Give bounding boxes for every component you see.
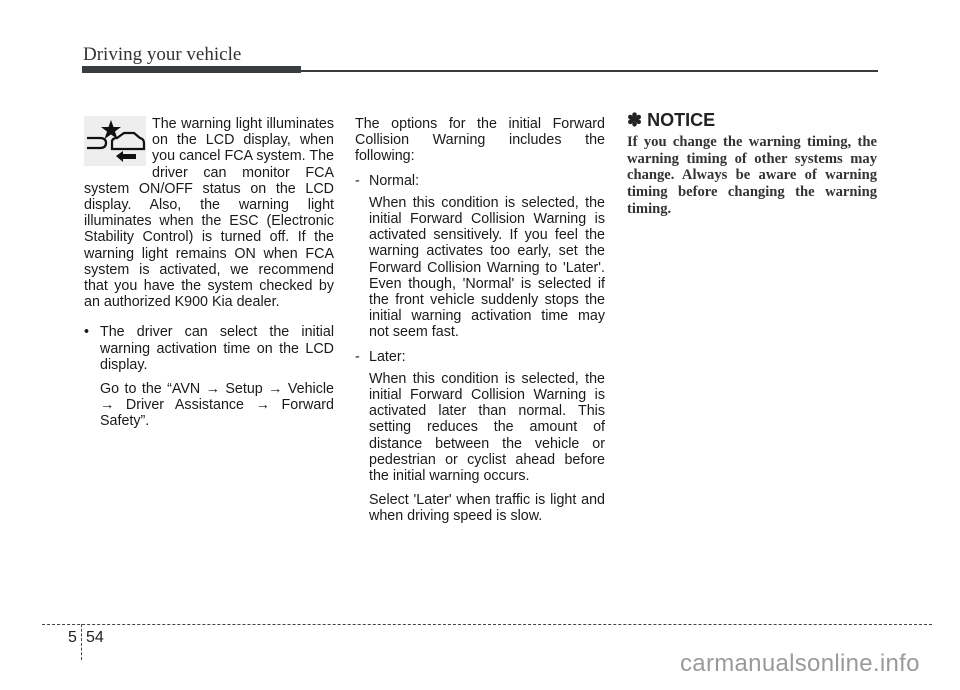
column-left: The warning light illuminates on the LCD… [84,116,334,430]
options-intro: The options for the initial Forward Coll… [355,116,605,165]
footer-divider [42,624,932,625]
header-rule-thick [82,66,301,73]
chapter-number: 5 [68,629,77,647]
option-normal-description: When this condition is selected, the ini… [355,195,605,341]
forward-collision-warning-icon [84,116,146,166]
watermark: carmanualsonline.info [680,650,920,678]
header-rule-thin [301,70,878,72]
bullet-item: • The driver can select the initial warn… [84,324,334,373]
column-middle: The options for the initial Forward Coll… [355,116,605,525]
option-later-description: When this condition is selected, the ini… [355,371,605,484]
bullet-text: The driver can select the initial warnin… [100,324,334,373]
option-normal-label: - Normal: [355,173,605,189]
section-title: Driving your vehicle [83,44,241,66]
footer-page-divider [81,624,82,660]
notice-box: ✽ NOTICE If you change the warning timin… [627,112,877,217]
bullet-mark: • [84,324,100,373]
notice-body: If you change the warning timing, the wa… [627,134,877,217]
page-number: 54 [86,629,104,647]
notice-title: ✽ NOTICE [627,112,877,128]
option-later-tip: Select 'Later' when traffic is light and… [355,492,605,524]
option-later-label: - Later: [355,349,605,365]
menu-path-text: Go to the “AVN → Setup → Vehicle → Drive… [84,381,334,430]
